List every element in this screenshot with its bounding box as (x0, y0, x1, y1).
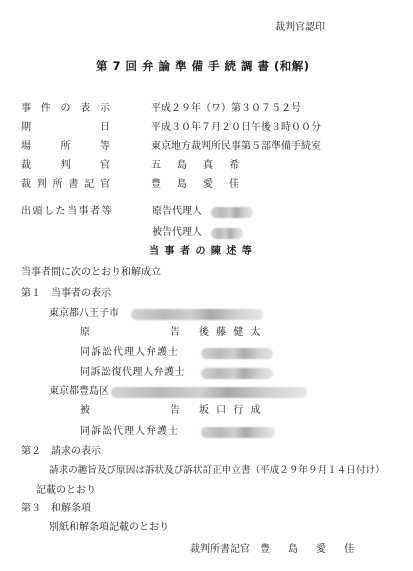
plaintiff-sub-attorney-label: 同訴訟復代理人弁護士 (80, 367, 185, 379)
section-heading: 当 事 者 の 陳 述 等 (149, 246, 253, 258)
defendant-attorney-label: 同訴訟代理人弁護士 (80, 426, 179, 438)
redacted-plaintiff-attorney (201, 348, 273, 359)
redacted-defendant-agent (211, 228, 243, 239)
redacted-defendant-attorney (201, 427, 275, 438)
label-clerk: 裁判所書記官 (21, 179, 110, 191)
plaintiff-agent-label: 原告代理人 (152, 206, 202, 218)
section-1-title: 第１ 当事者の表示 (21, 288, 111, 300)
plaintiff-role-a: 原 (80, 327, 90, 339)
hearing-place: 東京地方裁判所民事第５部準備手続室 (151, 141, 321, 153)
clerk-name: 豊 島 愛 佳 (151, 179, 242, 191)
settlement-intro: 当事者間に次のとおり和解成立 (21, 267, 161, 279)
plaintiff-attorney-label: 同訴訟代理人弁護士 (80, 347, 179, 359)
section-2-title: 第２ 請求の表示 (21, 446, 101, 458)
defendant-name: 坂 口 行 成 (199, 405, 263, 417)
redacted-plaintiff-sub-attorney (201, 368, 273, 379)
claim-description-cont: 記載のとおり (36, 485, 96, 497)
redacted-plaintiff-address (131, 309, 263, 320)
case-number: 平成２９年（ワ）第３０７５２号 (151, 103, 301, 115)
judge-name: 五 島 真 希 (151, 160, 242, 172)
plaintiff-address: 東京都八王子市 (49, 308, 119, 320)
footer-clerk-label: 裁判所書記官 (190, 544, 250, 556)
plaintiff-role-b: 告 (170, 327, 180, 339)
defendant-role-b: 告 (170, 405, 180, 417)
label-date: 期日 (21, 122, 110, 134)
label-judge: 裁判官 (21, 160, 110, 172)
section-3-title: 第３ 和解条項 (21, 503, 91, 515)
label-attendees: 出頭した当事者等 (21, 206, 113, 218)
footer-clerk-name: 豊 島 愛 佳 (260, 544, 358, 556)
label-place: 場所等 (21, 141, 110, 153)
hearing-date: 平成３０年７月２０日午後３時００分 (151, 122, 321, 134)
settlement-terms: 別紙和解条項記載のとおり (49, 522, 169, 534)
claim-description: 請求の趣旨及び原因は訴状及び訴状訂正申立書（平成２９年９月１４日付け） (49, 465, 385, 477)
label-case: 事件の表示 (21, 103, 110, 115)
defendant-address: 東京都豊島区 (49, 386, 109, 398)
defendant-role-a: 被 (80, 405, 90, 417)
redacted-plaintiff-agent (211, 207, 253, 218)
document-title: 第 7 回 弁 論 準 備 手 続 調 書 (和解) (96, 60, 310, 72)
defendant-agent-label: 被告代理人 (152, 227, 202, 239)
redacted-defendant-address (111, 387, 307, 398)
judge-seal-label: 裁判官認印 (275, 22, 325, 34)
plaintiff-name: 後 藤 健 太 (199, 327, 263, 339)
